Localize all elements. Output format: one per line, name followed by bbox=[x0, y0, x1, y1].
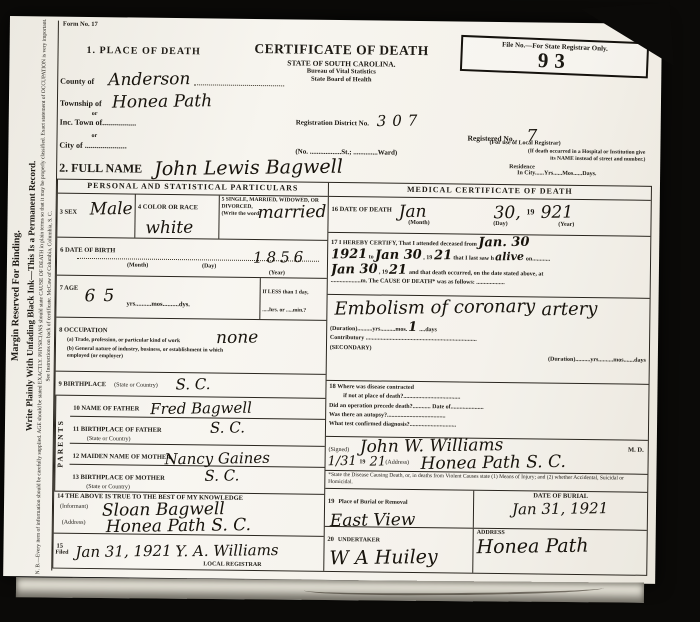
certify-lastsaw: that I last saw h bbox=[453, 256, 494, 262]
certify-line3-end: and that death occurred, on the date sta… bbox=[409, 269, 543, 277]
certify-to-label: to bbox=[369, 255, 374, 261]
dod-year-printed: 19 bbox=[526, 207, 534, 216]
township-label: Township of bbox=[60, 99, 102, 109]
marital-value: married bbox=[257, 204, 326, 222]
sex-color-marital-row: 3 SEX Male 4 COLOR OR RACE white 5 SINGL… bbox=[57, 194, 327, 241]
occupation-a-value: none bbox=[216, 330, 258, 348]
informant-block: 14 THE ABOVE IS TRUE TO THE BEST OF MY K… bbox=[54, 492, 324, 537]
full-name-label: 2. FULL NAME bbox=[59, 161, 142, 176]
birthplace-label: 9 BIRTHPLACE bbox=[58, 381, 106, 389]
dod-month-value: Jan bbox=[398, 204, 426, 221]
birthplace-value: S. C. bbox=[175, 377, 210, 392]
informant-label: (Informant) bbox=[60, 504, 88, 510]
signed-label: (Signed) bbox=[328, 447, 349, 453]
date-of-birth-row: 6 DATE OF BIRTH (Month) (Day) (Year) 185… bbox=[57, 238, 327, 279]
form-columns: PERSONAL AND STATISTICAL PARTICULARS 3 S… bbox=[52, 179, 652, 576]
mother-birthplace-label: 13 BIRTHPLACE OF MOTHER bbox=[72, 474, 165, 482]
registration-district-label: Registration District No. bbox=[296, 118, 369, 127]
age-units: yrs..........mos..........dys. bbox=[126, 300, 189, 308]
dob-month-sub: (Month) bbox=[127, 262, 148, 268]
sex-label: 3 SEX bbox=[60, 209, 78, 216]
contributory-label: Contributory bbox=[330, 335, 364, 341]
informant-address-label: (Address) bbox=[62, 520, 86, 526]
q18-test: What test confirmed diagnosis?..........… bbox=[329, 421, 456, 429]
duration1-suffix: ....days bbox=[419, 327, 437, 333]
dod-day-sub: (Day) bbox=[493, 221, 507, 227]
occupation-b-label: (b) General nature of industry, business… bbox=[67, 346, 227, 362]
certificate-title: CERTIFICATE OF DEATH bbox=[227, 41, 457, 61]
county-value: Anderson bbox=[108, 71, 190, 89]
certificate-paper: Margin Reserved For Binding. Write Plain… bbox=[3, 16, 662, 584]
medical-column: MEDICAL CERTIFICATE OF DEATH 16 DATE OF … bbox=[324, 183, 651, 575]
sex-value: Male bbox=[89, 201, 132, 219]
parents-block: PARENTS 10 NAME OF FATHER Fred Bagwell 1… bbox=[54, 396, 325, 495]
dob-day-sub: (Day) bbox=[202, 263, 216, 269]
certify-from-value: Jan. 30 bbox=[478, 236, 529, 250]
city-row: City of ..................... bbox=[59, 141, 126, 151]
dob-value: 1856 bbox=[253, 250, 307, 266]
q18-number: 18 bbox=[329, 383, 336, 390]
full-name-value: John Lewis Bagwell bbox=[154, 158, 343, 180]
signed-year-value: 21 bbox=[369, 455, 386, 468]
county-label: County of bbox=[60, 77, 94, 86]
age-less-note: If LESS than 1 day, .....hrs. or .....mi… bbox=[262, 289, 308, 314]
undertaker-row: 20 UNDERTAKER W A Huiley ADDRESS Honea P… bbox=[324, 527, 647, 575]
mother-birthplace-value: S. C. bbox=[204, 468, 239, 483]
registration-district-value: 307 bbox=[377, 113, 424, 129]
local-registrar-signature: Y. A. Williams bbox=[175, 543, 278, 559]
age-label: 7 AGE bbox=[60, 285, 79, 292]
q18-line1: Where was disease contracted bbox=[337, 384, 414, 391]
occupation-a-label: (a) Trade, profession, or particular kin… bbox=[67, 337, 217, 346]
certify-to-year: 21 bbox=[434, 249, 452, 262]
dob-label: 6 DATE OF BIRTH bbox=[60, 247, 115, 255]
q18-date-of: Date of...................... bbox=[432, 404, 484, 411]
next-record-edge bbox=[16, 577, 644, 602]
registration-district-row: Registration District No. 307 bbox=[296, 111, 424, 131]
mother-name-value: Nancy Gaines bbox=[165, 451, 271, 467]
duration2-line: (Duration)..........yrs..........mos....… bbox=[548, 356, 646, 363]
q18-autopsy: Was there an autopsy?...................… bbox=[329, 412, 446, 419]
inc-town-row: Inc. Town of................. bbox=[60, 118, 137, 128]
form-number: Form No. 17 bbox=[63, 21, 98, 28]
certify-on-label: on............ bbox=[526, 257, 550, 263]
local-registrar-label: LOCAL REGISTRAR bbox=[203, 561, 261, 568]
father-name-value: Fred Bagwell bbox=[150, 401, 252, 417]
burial-number: 19 bbox=[328, 498, 335, 505]
signed-date-value: 1/31 bbox=[327, 455, 356, 468]
dod-month-sub: (Month) bbox=[408, 220, 429, 226]
dod-year-value: 921 bbox=[540, 204, 573, 221]
undertaker-value: W A Huiley bbox=[329, 548, 438, 569]
duration1-prefix: (Duration)..........yrs..........mos. bbox=[330, 326, 407, 333]
burial-row: 19 Place of Burial or Removal East View … bbox=[325, 489, 648, 531]
question-18-block: 18 Where was disease contracted if not a… bbox=[326, 381, 649, 441]
residence-line: In City......Yrs......Mos......Days. bbox=[517, 170, 596, 177]
father-birthplace-label: 11 BIRTHPLACE OF FATHER bbox=[73, 426, 162, 434]
dod-day-value: 30, bbox=[493, 205, 520, 222]
age-less-cell: If LESS than 1 day, .....hrs. or .....mi… bbox=[259, 278, 326, 320]
color-race-label: 4 COLOR OR RACE bbox=[138, 204, 198, 212]
binding-margin: Margin Reserved For Binding. Write Plain… bbox=[7, 16, 58, 576]
certify-line3-printed: , 19 bbox=[379, 269, 388, 275]
residence-row: Residence In City......Yrs......Mos.....… bbox=[509, 164, 596, 177]
birthplace-subnote: (State or Country) bbox=[114, 382, 158, 389]
certify-to-value: Jan 30 bbox=[375, 249, 422, 263]
filed-label: Filed bbox=[55, 550, 68, 556]
scanned-certificate-photo: Margin Reserved For Binding. Write Plain… bbox=[0, 0, 700, 622]
age-row: 7 AGE 65 yrs..........mos..........dys. … bbox=[56, 276, 326, 321]
filed-date-value: Jan 31, 1921 bbox=[75, 544, 171, 560]
cause-value-line1: Embolism of coronary bbox=[334, 298, 535, 319]
birthplace-row: 9 BIRTHPLACE (State or Country) S. C. bbox=[55, 372, 325, 399]
duration1-value: 1 bbox=[409, 321, 418, 334]
filed-block: 15 Filed Jan 31, 1921 Y. A. Williams LOC… bbox=[53, 534, 323, 571]
parents-vertical-label: PARENTS bbox=[54, 396, 70, 491]
q18-line2: if not at place of death?...............… bbox=[343, 393, 460, 400]
dob-year-sub: (Year) bbox=[269, 270, 285, 276]
illegible-scrawl bbox=[304, 582, 604, 597]
undertaker-address-value: Honea Path bbox=[476, 537, 588, 558]
father-birthplace-value: S. C. bbox=[210, 420, 245, 435]
secondary-label: (SECONDARY) bbox=[330, 345, 372, 352]
q18-operation: Did an operation precede death?.........… bbox=[329, 403, 431, 410]
occupation-row: 8 OCCUPATION (a) Trade, profession, or p… bbox=[56, 318, 326, 375]
certify-alive-value: alive bbox=[495, 251, 524, 262]
section-1-place-of-death: 1. PLACE OF DEATH bbox=[87, 45, 201, 57]
informant-address-value: Honea Path S. C. bbox=[106, 517, 251, 536]
dod-label: 16 DATE OF DEATH bbox=[331, 206, 391, 214]
certify-line3-value: Jan 30 bbox=[331, 263, 378, 277]
occupation-label: 8 OCCUPATION bbox=[59, 327, 107, 335]
dod-year-sub: (Year) bbox=[558, 222, 574, 228]
father-birthplace-row: 11 BIRTHPLACE OF FATHER (State or Countr… bbox=[70, 417, 325, 447]
certify-line3-year: 21 bbox=[389, 263, 407, 276]
burial-label: Place of Burial or Removal bbox=[338, 499, 407, 506]
full-name-row: 2. FULL NAME John Lewis Bagwell bbox=[59, 157, 343, 180]
county-row: County of Anderson bbox=[60, 71, 315, 92]
father-name-label: 10 NAME OF FATHER bbox=[73, 405, 139, 413]
certify-line4: ....................m. The CAUSE OF DEAT… bbox=[331, 278, 505, 286]
signed-address-label: (Address) bbox=[385, 460, 409, 466]
undertaker-number: 20 bbox=[327, 536, 334, 543]
hospital-note: (If death occurred in a Hospital or Inst… bbox=[523, 148, 645, 163]
md-label: M. D. bbox=[628, 447, 644, 454]
certify-block: 17 I HEREBY CERTIFY, That I attended dec… bbox=[327, 233, 650, 299]
file-number-box: File No.—For State Registrar Only. 93 bbox=[460, 35, 649, 79]
township-value: Honea Path bbox=[112, 93, 212, 111]
signed-block: (Signed) John W. Williams M. D. 1/31 19 … bbox=[325, 437, 648, 475]
cause-of-death-block: Embolism of coronary artery (Duration)..… bbox=[326, 295, 649, 385]
certify-from-year: 1921 bbox=[331, 248, 367, 261]
mother-birthplace-row: 13 BIRTHPLACE OF MOTHER (State or Countr… bbox=[69, 465, 324, 494]
color-race-value: white bbox=[146, 220, 194, 238]
signed-year-printed: 19 bbox=[359, 459, 365, 465]
contributory-dots: ........................................… bbox=[366, 336, 477, 343]
township-row: Township of Honea Path bbox=[60, 93, 315, 114]
burial-date-value: Jan 31, 1921 bbox=[512, 501, 608, 517]
or-label-1: or bbox=[92, 111, 98, 117]
or-label-2: or bbox=[92, 133, 98, 139]
certificate-form: Form No. 17 1. PLACE OF DEATH CERTIFICAT… bbox=[51, 21, 656, 578]
personal-column: PERSONAL AND STATISTICAL PARTICULARS 3 S… bbox=[53, 180, 329, 571]
registered-no-subnote: (For use of Local Registrar) bbox=[489, 140, 560, 147]
cause-value-line2: artery bbox=[541, 300, 597, 319]
age-value: 65 bbox=[84, 288, 122, 306]
date-of-death-row: 16 DATE OF DEATH Jan (Month) 30, (Day) 1… bbox=[328, 197, 651, 237]
certify-line1: I HEREBY CERTIFY, That I attended deceas… bbox=[339, 240, 477, 248]
signed-address-value: Honea Path S. C. bbox=[420, 454, 565, 473]
undertaker-label: UNDERTAKER bbox=[338, 537, 380, 544]
mother-name-label: 12 MAIDEN NAME OF MOTHER bbox=[73, 453, 171, 461]
certify-year-printed: , 19 bbox=[423, 255, 432, 261]
certify-number: 17 bbox=[331, 239, 338, 246]
